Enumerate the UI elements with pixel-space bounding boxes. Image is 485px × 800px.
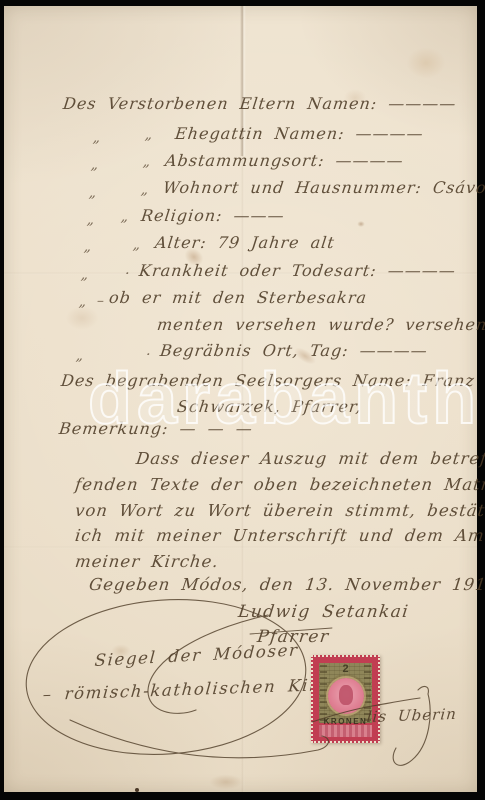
attestation-line-2: fenden Texte der oben bezeichneten Matri… <box>74 475 485 494</box>
dash-mark: – <box>96 293 106 309</box>
dot-mark: · <box>145 347 152 363</box>
ditto-mark: „ <box>132 237 142 253</box>
field-sacraments-1: ob er mit den Sterbesakra <box>108 288 368 307</box>
field-spouse-name: Ehegattin Namen: ———— <box>174 124 425 143</box>
foxing-stain <box>400 42 452 84</box>
ditto-mark: „ <box>92 130 102 146</box>
stamp-field: 2 KRONEN <box>319 663 372 723</box>
foxing-stain <box>204 772 248 792</box>
document-page: Des Verstorbenen Eltern Namen: ———— „ „ … <box>4 6 477 792</box>
field-parents-names: Des Verstorbenen Eltern Namen: ———— <box>62 94 458 113</box>
ditto-mark: „ <box>90 157 100 173</box>
field-officiant-2: Schwarzek, Pfarrer, <box>176 397 363 416</box>
stamp-cancellation-text: lis Uberin <box>366 705 458 726</box>
field-officiant: Des begrabenden Seelsorgers Name: Franz <box>60 371 476 390</box>
ditto-mark: „ <box>83 239 93 255</box>
field-sacraments-2: menten versehen wurde? versehen <box>156 315 485 334</box>
scanned-document: Des Verstorbenen Eltern Namen: ———— „ „ … <box>0 0 485 800</box>
ditto-mark: „ <box>75 348 85 364</box>
portrait-head <box>339 685 353 705</box>
dot-mark: · <box>124 266 131 282</box>
stamp-value: 2 <box>319 663 372 675</box>
field-residence: Wohnort und Hausnummer: Csávos <box>162 178 485 197</box>
field-remark: Bemerkung: — — — <box>58 419 254 438</box>
cancellation-flourish <box>393 687 430 766</box>
seal-under-swash <box>70 720 328 758</box>
ditto-mark: „ <box>86 212 96 228</box>
attestation-line-5: meiner Kirche. <box>74 552 220 571</box>
ink-dot <box>135 788 139 792</box>
ditto-mark: „ <box>142 154 152 170</box>
dateline: Gegeben Módos, den 13. November 1911 <box>88 575 485 594</box>
attestation-line-3: von Wort zu Wort überein stimmt, bestäti… <box>74 501 485 520</box>
stamp-portrait <box>328 678 364 714</box>
field-cause-of-death: Krankheit oder Todesart: ———— <box>138 261 457 280</box>
attestation-line-4: ich mit meiner Unterschrift und dem Amts… <box>74 526 485 545</box>
signature-name: Ludwig Setankai <box>237 602 410 622</box>
seal-note-line-2: – römisch-katholischen Kirche <box>42 674 354 704</box>
ditto-mark: „ <box>120 209 130 225</box>
fold-crease-horizontal-2 <box>4 546 477 549</box>
field-origin: Abstammungsort: ———— <box>164 151 405 170</box>
field-age: Alter: 79 Jahre alt <box>154 233 336 252</box>
stamp-bottom-band <box>319 725 372 737</box>
field-burial: Begräbnis Ort, Tag: ———— <box>159 341 429 360</box>
ditto-mark: „ <box>144 127 154 143</box>
ditto-mark: „ <box>88 185 98 201</box>
foxing-stain <box>356 220 366 228</box>
attestation-line-1: Dass dieser Auszug mit dem betref- <box>135 449 485 468</box>
ditto-mark: „ <box>140 182 150 198</box>
revenue-stamp: 2 KRONEN <box>311 655 380 743</box>
field-religion: Religion: ——— <box>140 206 286 225</box>
ditto-mark: „ <box>80 267 90 283</box>
